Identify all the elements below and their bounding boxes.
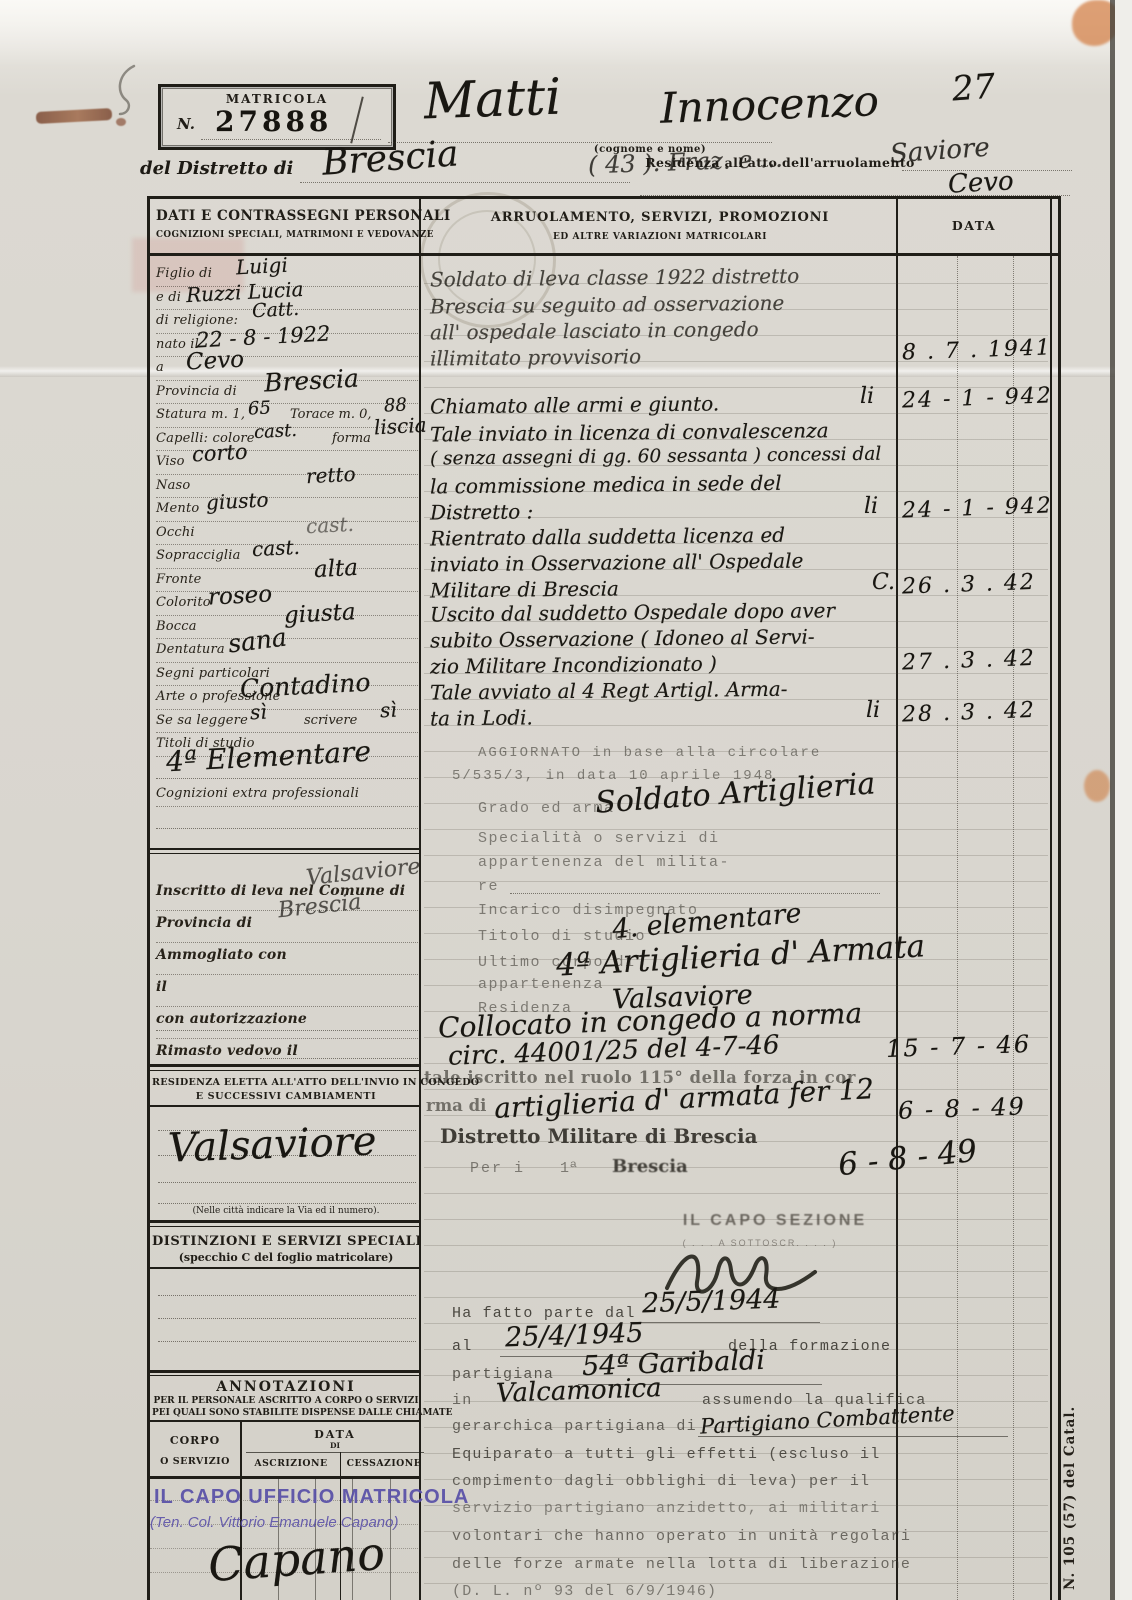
- field-value: retto: [305, 461, 356, 488]
- entry-line: Brescia su seguito ad osservazione: [430, 290, 902, 319]
- right-column-title: ARRUOLAMENTO, SERVIZI, PROMOZIONI: [430, 210, 890, 225]
- distretto-value: Brescia: [321, 133, 460, 183]
- field-label: Mento: [156, 501, 199, 516]
- pen-mark: [108, 62, 142, 118]
- entry-line: Distretto :: [430, 496, 902, 525]
- distretto-label: del Distretto di: [140, 158, 293, 179]
- dotted-line: [260, 1058, 418, 1059]
- date-prefix: C.: [872, 570, 895, 595]
- annotazioni-sub1: PER IL PERSONALE ASCRITTO A CORPO O SERV…: [152, 1396, 420, 1406]
- field-value: giusto: [205, 487, 269, 514]
- entry-line: all' ospedale lasciato in congedo: [430, 316, 902, 345]
- corpo-header2: O SERVIZIO: [150, 1456, 240, 1467]
- field-label: Statura m. 1,: [156, 407, 245, 422]
- date-prefix: li: [864, 494, 878, 519]
- personal-row: Provincia diBrescia: [156, 380, 418, 405]
- partigiano-value-4: Valcamonica: [496, 1373, 663, 1409]
- congedo-date: 15 - 7 - 46: [886, 1029, 1057, 1063]
- specialita-label1: Specialità o servizi di: [478, 830, 720, 847]
- capo-ufficio-matricola-stamp: IL CAPO UFFICIO MATRICOLA: [154, 1486, 469, 1509]
- dotted-line: [158, 1182, 416, 1183]
- field-label: il: [156, 979, 167, 995]
- rust-dot: [116, 118, 126, 126]
- firstname-handwritten: Innocenzo: [659, 76, 879, 133]
- distretto-note: ( 43 ). Fraz. e ...: [588, 145, 784, 180]
- dotted-line: [156, 778, 418, 779]
- field-value-2: sì: [379, 697, 397, 722]
- left-column-title: DATI E CONTRASSEGNI PERSONALI: [156, 208, 418, 224]
- field-value: Luigi: [235, 253, 288, 280]
- field-value: Cevo: [185, 346, 244, 375]
- field-label: Dentatura: [156, 642, 225, 657]
- entry-line: Chiamato alle armi e giunto.: [430, 390, 902, 419]
- field-value: sana: [226, 623, 288, 659]
- entry-line: ta in Lodi.: [430, 702, 902, 731]
- field-value: corto: [191, 440, 248, 467]
- residenza-eletta-caption: (Nelle città indicare la Via ed il numer…: [152, 1206, 420, 1216]
- partigiano-typed-4: in: [452, 1392, 472, 1409]
- specialita-label2: appartenenza del milita-: [478, 854, 730, 871]
- partigiano-typed-11: (D. L. nº 93 del 6/9/1946): [452, 1583, 717, 1600]
- entry-line: inviato in Osservazione all' Ospedale: [430, 548, 902, 577]
- section-divider-thin: [148, 1226, 420, 1227]
- page-number-handwritten: 27: [951, 67, 997, 110]
- surname-handwritten: Matti: [423, 68, 562, 131]
- field-label: Ammogliato con: [156, 947, 287, 963]
- ascrizione-header: ASCRIZIONE: [244, 1458, 338, 1469]
- entry-line: Soldato di leva classe 1922 distretto: [430, 263, 902, 292]
- entry-line: Tale inviato in licenza di convalescenza: [430, 418, 902, 447]
- catalog-number-caption: N. 105 (57) del Catal.: [1062, 1360, 1078, 1590]
- partigiano-value-2: 25/4/1945: [505, 1318, 644, 1354]
- entry-date: 24 - 1 - 942: [902, 493, 1049, 523]
- entry-date: 26 . 3 . 42: [902, 569, 1049, 599]
- field-label: con autorizzazione: [156, 1011, 307, 1027]
- residenza-arruolamento-value1: Saviore: [889, 133, 991, 170]
- matricola-label: MATRICOLA: [161, 92, 393, 106]
- personal-row: Arte o professioneContadino: [156, 685, 418, 710]
- entry-date: 28 . 3 . 42: [902, 697, 1049, 727]
- partigiano-typed-6: Equiparato a tutti gli effetti (escluso …: [452, 1446, 880, 1463]
- personal-row: Se sa leggeresìscriveresì: [156, 709, 418, 734]
- distretto-militare-stamp: Distretto Militare di Brescia: [440, 1124, 780, 1148]
- section-divider-thin: [148, 1375, 420, 1376]
- residenza-eletta-value: Valsaviore: [167, 1118, 377, 1171]
- field-label: Occhi: [156, 525, 195, 540]
- field-label: Provincia di: [156, 915, 252, 931]
- field-label: Inscritto di leva nel Comune di: [156, 883, 405, 899]
- field-label: Cognizioni extra professionali: [156, 786, 359, 801]
- per-stamp: Per i: [470, 1160, 525, 1177]
- field-value: giusta: [283, 599, 356, 629]
- distretto-underline: [300, 182, 630, 183]
- cessazione-header: CESSAZIONE: [342, 1458, 426, 1469]
- field-label-2: Torace m. 0,: [290, 403, 372, 426]
- dotted-line: [156, 828, 418, 829]
- field-value: alta: [313, 554, 358, 582]
- entry-date: 27 . 3 . 42: [902, 645, 1049, 675]
- field-label: Rimasto vedovo il: [156, 1043, 298, 1059]
- dotted-line: [156, 1030, 418, 1031]
- fill-line: [698, 1436, 1008, 1437]
- field-value: cast.: [253, 419, 297, 442]
- annotazioni-title: ANNOTAZIONI: [152, 1379, 420, 1395]
- entry-line: subito Osservazione ( Idoneo al Servi-: [430, 624, 902, 653]
- partigiano-typed-10: delle forze armate nella lotta di libera…: [452, 1556, 911, 1573]
- field-label: Sopracciglia: [156, 548, 241, 563]
- field-value: Catt.: [251, 298, 299, 322]
- partigiano-typed-2: al: [452, 1338, 472, 1355]
- residenza-arruolamento-value2: Cevo: [947, 166, 1014, 199]
- field-value: 65: [247, 397, 271, 419]
- orange-stain-right-edge: [1084, 770, 1110, 802]
- capo-sezione-stamp: IL CAPO SEZIONE: [640, 1212, 910, 1230]
- field-label: Fronte: [156, 572, 202, 587]
- staple-rust-stain: [36, 108, 113, 124]
- data-column-title: DATA: [898, 218, 1050, 233]
- field-value: Contadino: [239, 668, 371, 704]
- scan-top-light-band: [0, 0, 1132, 66]
- field-value: sì: [249, 699, 267, 724]
- data-di-header: DATA: [244, 1428, 426, 1441]
- circolare-stamp-line1: AGGIORNATO in base alla circolare: [478, 745, 821, 761]
- partigiano-typed-8: servizio partigiano anzidetto, ai milita…: [452, 1500, 880, 1517]
- field-label: e di: [156, 290, 181, 305]
- partigiano-typed-9: volontari che hanno operato in unità reg…: [452, 1528, 911, 1545]
- personal-row: Mentogiusto: [156, 497, 418, 522]
- per-stamp2: 1ª: [560, 1160, 578, 1177]
- field-label-2: forma: [332, 427, 371, 450]
- data-column-right-border-2: [1058, 196, 1061, 1600]
- entry-line: Uscito dal suddetto Ospedale dopo aver: [430, 598, 902, 627]
- page-edge-margin: [1115, 0, 1132, 1600]
- section-divider: [148, 848, 420, 850]
- field-value: cast.: [305, 511, 354, 537]
- entry-date: 8 . 7 . 1941: [902, 335, 1049, 365]
- distinzioni-subtitle: (specchio C del foglio matricolare): [152, 1251, 420, 1264]
- section-divider-thin: [148, 853, 420, 854]
- section-line: [148, 1267, 420, 1269]
- fill-line: [630, 1322, 820, 1323]
- entry-line: Tale avviato al 4 Regt Artigl. Arma-: [430, 676, 902, 705]
- brace-line: [246, 1452, 424, 1453]
- personal-row: Sopraccigliacast.: [156, 544, 418, 569]
- civil-row: il: [156, 976, 418, 1007]
- field-label: Bocca: [156, 619, 197, 634]
- grado-arma-label: Grado ed arma: [478, 800, 615, 817]
- field-label: Provincia di: [156, 384, 237, 399]
- di-header: DI: [244, 1441, 426, 1450]
- annotazioni-sub2: PEI QUALI SONO STABILITE DISPENSE DALLE …: [152, 1408, 420, 1418]
- personal-row: Visocorto: [156, 450, 418, 475]
- field-label: Figlio di: [156, 266, 212, 281]
- section-line: [148, 1420, 420, 1422]
- civil-row: Ammogliato con: [156, 944, 418, 975]
- military-record-sheet: MATRICOLA N. 27888 Matti Innocenzo 27 (c…: [0, 0, 1132, 1600]
- table-top-border: [148, 196, 1060, 199]
- ruolo-date: 6 - 8 - 49: [898, 1091, 1055, 1124]
- entry-line: illimitato provvisorio: [430, 342, 902, 371]
- per-brescia-stamp: Brescia: [612, 1156, 762, 1177]
- specialita-label3: re: [478, 878, 499, 895]
- capano-signature: Capano: [206, 1526, 386, 1592]
- distinzioni-title: DISTINZIONI E SERVIZI SPECIALI: [152, 1234, 420, 1249]
- field-value-2: liscia: [373, 412, 427, 439]
- table-left-border: [147, 196, 150, 1600]
- partigiano-value-1: 25/5/1944: [642, 1284, 781, 1320]
- field-value: roseo: [207, 581, 272, 610]
- entry-line: la commissione medica in sede del: [430, 470, 902, 499]
- entry-date: 24 - 1 - 942: [902, 383, 1049, 413]
- dotted-line: [158, 1341, 416, 1342]
- personal-row: Dentaturasana: [156, 638, 418, 663]
- section-line: [148, 1476, 420, 1479]
- partigiano-typed-7: compimento dagli obblighi di leva) per i…: [452, 1473, 870, 1490]
- field-label: a: [156, 360, 164, 375]
- dotted-line: [158, 1203, 416, 1204]
- date-prefix: li: [866, 698, 880, 723]
- field-label: Colorito: [156, 595, 211, 610]
- date-prefix: li: [860, 384, 874, 409]
- personal-row: Cognizioni extra professionali: [156, 782, 418, 807]
- field-label: di religione:: [156, 313, 238, 328]
- civil-row: con autorizzazione: [156, 1008, 418, 1039]
- dotted-line: [158, 1295, 416, 1296]
- left-column-subtitle: COGNIZIONI SPECIALI, MATRIMONI E VEDOVAN…: [156, 230, 418, 240]
- section-divider: [148, 1064, 420, 1067]
- section-divider: [148, 1220, 420, 1223]
- field-value: Brescia: [263, 363, 359, 397]
- section-line: [148, 1105, 420, 1107]
- field-label-2: scrivere: [304, 709, 357, 732]
- field-label: Se sa leggere: [156, 713, 248, 728]
- right-column-subtitle: ED ALTRE VARIAZIONI MATRICOLARI: [430, 232, 890, 242]
- entry-line: zio Militare Incondizionato ): [430, 650, 902, 679]
- personal-row: Nasoretto: [156, 474, 418, 499]
- section-divider-thin: [148, 1070, 420, 1071]
- field-value: cast.: [251, 535, 300, 561]
- dotted-line: [158, 1318, 416, 1319]
- field-label: Viso: [156, 454, 185, 469]
- entry-line: Rientrato dalla suddetta licenza ed: [430, 522, 902, 551]
- residenza-eletta-title: RESIDENZA ELETTA ALL'ATTO DELL'INVIO IN …: [152, 1077, 420, 1088]
- section-divider: [148, 1370, 420, 1373]
- matricola-n-label: N.: [177, 115, 195, 133]
- personal-row: Boccagiusta: [156, 615, 418, 640]
- personal-row: Frontealta: [156, 568, 418, 593]
- civil-row: Provincia diBrescia: [156, 912, 418, 943]
- matricola-number: 27888: [215, 105, 332, 138]
- corpo-header: CORPO: [150, 1434, 240, 1447]
- residenza-eletta-title2: E SUCCESSIVI CAMBIAMENTI: [152, 1091, 420, 1102]
- field-label: Naso: [156, 478, 190, 493]
- partigiano-typed-5: gerarchica partigiana di: [452, 1418, 697, 1435]
- dotted-line: [510, 893, 880, 894]
